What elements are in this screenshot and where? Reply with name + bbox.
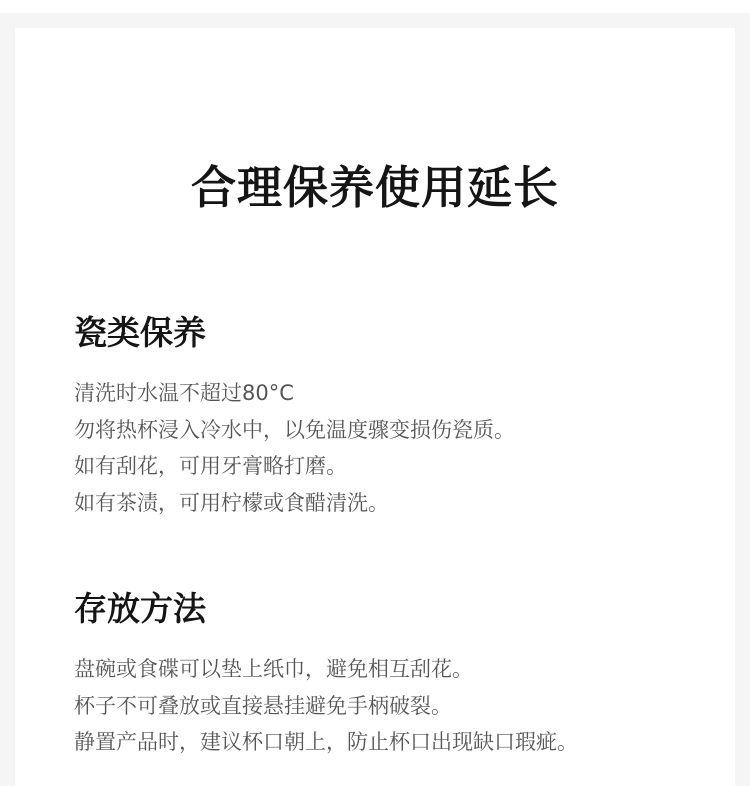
section-storage-method: 存放方法 盘碗或食碟可以垫上纸巾，避免相互刮花。 杯子不可叠放或直接悬挂避免手柄… — [74, 587, 694, 761]
section-body: 盘碗或食碟可以垫上纸巾，避免相互刮花。 杯子不可叠放或直接悬挂避免手柄破裂。 静… — [74, 651, 694, 761]
section-ceramic-care: 瓷类保养 清洗时水温不超过80°C 勿将热杯浸入冷水中，以免温度骤变损伤瓷质。 … — [74, 311, 694, 521]
page: 合理保养使用延长 瓷类保养 清洗时水温不超过80°C 勿将热杯浸入冷水中，以免温… — [0, 0, 750, 786]
care-instruction: 勿将热杯浸入冷水中，以免温度骤变损伤瓷质。 — [74, 412, 694, 449]
care-instruction: 如有茶渍，可用柠檬或食醋清洗。 — [74, 485, 694, 522]
page-title: 合理保养使用延长 — [0, 158, 750, 218]
section-body: 清洗时水温不超过80°C 勿将热杯浸入冷水中，以免温度骤变损伤瓷质。 如有刮花，… — [74, 375, 694, 521]
storage-instruction: 杯子不可叠放或直接悬挂避免手柄破裂。 — [74, 688, 694, 725]
storage-instruction: 盘碗或食碟可以垫上纸巾，避免相互刮花。 — [74, 651, 694, 688]
care-instruction: 如有刮花，可用牙膏略打磨。 — [74, 448, 694, 485]
section-heading: 存放方法 — [74, 587, 694, 631]
storage-instruction: 静置产品时，建议杯口朝上，防止杯口出现缺口瑕疵。 — [74, 724, 694, 761]
care-instruction: 清洗时水温不超过80°C — [74, 375, 694, 412]
section-heading: 瓷类保养 — [74, 311, 694, 355]
